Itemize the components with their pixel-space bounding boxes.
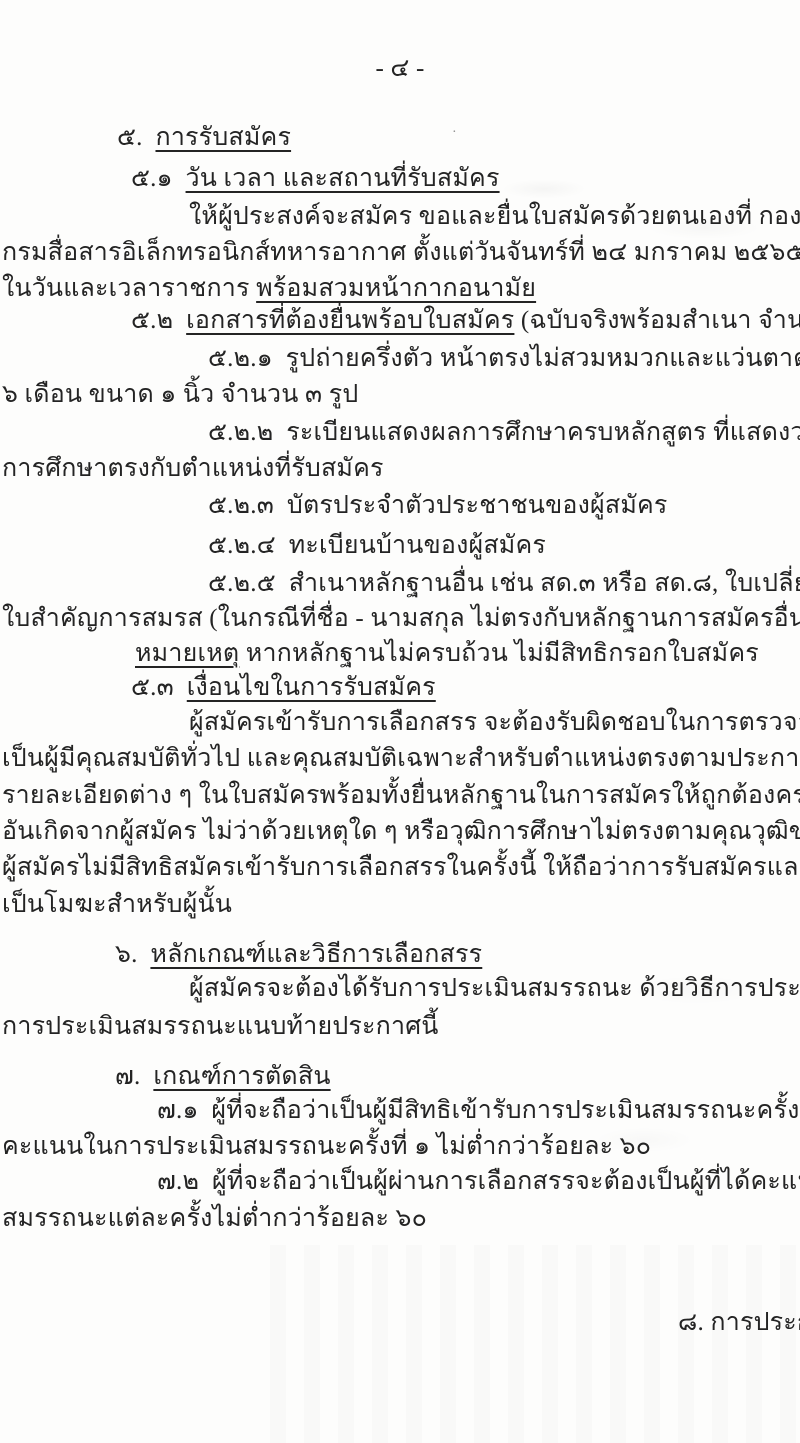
item-7-1: ๗.๑ ผู้ที่จะถือว่าเป็นผู้มีสิทธิเข้ารับก… bbox=[157, 1095, 800, 1127]
text-segment: ๕.๒.๕ สำเนาหลักฐานอื่น เช่น สด.๓ หรือ สด… bbox=[208, 570, 800, 597]
section-6-heading: ๖. หลักเกณฑ์และวิธีการเลือกสรร bbox=[115, 939, 482, 971]
continuation-marker: ๘. การประกาศ ... bbox=[678, 1307, 800, 1339]
item-5-2-3: ๕.๒.๓ บัตรประจำตัวประชาชนของผู้สมัคร bbox=[208, 490, 668, 522]
section-5-1-heading: ๕.๑ วัน เวลา และสถานที่รับสมัคร bbox=[131, 163, 500, 195]
paragraph-line: คะแนนในการประเมินสมรรถนะครั้งที่ ๑ ไม่ต่… bbox=[2, 1131, 651, 1163]
text-segment: เป็นผู้มีคุณสมบัติทั่วไป และคุณสมบัติเฉพ… bbox=[2, 745, 800, 772]
page-number: - ๔ - bbox=[0, 53, 800, 85]
note-line: หมายเหตุ หากหลักฐานไม่ครบถ้วน ไม่มีสิทธิ… bbox=[135, 638, 759, 670]
paragraph-line: การศึกษาตรงกับตำแหน่งที่รับสมัคร bbox=[2, 453, 384, 485]
text-segment: ๕. bbox=[117, 124, 155, 151]
text-segment: หากหลักฐานไม่ครบถ้วน ไม่มีสิทธิกรอกใบสมั… bbox=[239, 640, 759, 667]
paragraph-line: ใบสำคัญการสมรส (ในกรณีที่ชื่อ - นามสกุล … bbox=[2, 603, 800, 635]
text-segment: ผู้สมัครจะต้องได้รับการประเมินสมรรถนะ ด้… bbox=[189, 975, 800, 1002]
underlined-text: พร้อมสวมหน้ากากอนามัย bbox=[256, 275, 536, 302]
text-segment: (ฉบับจริงพร้อมสำเนา จำนวน ๑ ชุด) ดังนี้ bbox=[514, 307, 800, 334]
paragraph-line: ในวันและเวลาราชการ พร้อมสวมหน้ากากอนามัย bbox=[2, 273, 536, 305]
underlined-text: การรับสมัคร bbox=[155, 124, 291, 151]
text-segment: ให้ผู้ประสงค์จะสมัคร ขอและยื่นใบสมัครด้ว… bbox=[189, 203, 800, 230]
paragraph-line: อันเกิดจากผู้สมัคร ไม่ว่าด้วยเหตุใด ๆ หร… bbox=[2, 816, 800, 848]
paragraph-line: การประเมินสมรรถนะแนบท้ายประกาศนี้ bbox=[2, 1011, 439, 1043]
text-segment: ๘. การประกาศ ... bbox=[678, 1309, 800, 1336]
text-segment: ๕.๒ bbox=[131, 307, 186, 334]
document-page: · - ๔ -๕. การรับสมัคร๕.๑ วัน เวลา และสถา… bbox=[0, 0, 800, 1443]
paragraph-line: เป็นโมฆะสำหรับผู้นั้น bbox=[2, 889, 232, 921]
text-segment: การประเมินสมรรถนะแนบท้ายประกาศนี้ bbox=[2, 1013, 439, 1040]
paragraph-line: กรมสื่อสารอิเล็กทรอนิกส์ทหารอากาศ ตั้งแต… bbox=[2, 237, 800, 269]
paragraph-line: สมรรถนะแต่ละครั้งไม่ต่ำกว่าร้อยละ ๖๐ bbox=[2, 1203, 427, 1235]
paragraph-line: รายละเอียดต่าง ๆ ในใบสมัครพร้อมทั้งยื่นห… bbox=[2, 780, 800, 812]
scan-artifact-dot: · bbox=[452, 129, 459, 136]
text-segment: ๖ เดือน ขนาด ๑ นิ้ว จำนวน ๓ รูป bbox=[2, 381, 358, 408]
text-segment: - ๔ - bbox=[375, 55, 424, 82]
paragraph-line: ๖ เดือน ขนาด ๑ นิ้ว จำนวน ๓ รูป bbox=[2, 379, 358, 411]
paragraph-line: ผู้สมัครไม่มีสิทธิสมัครเข้ารับการเลือกสร… bbox=[2, 852, 800, 884]
section-5-3-heading: ๕.๓ เงื่อนไขในการรับสมัคร bbox=[131, 672, 436, 704]
underlined-text: เอกสารที่ต้องยื่นพร้อบใบสมัคร bbox=[186, 307, 514, 334]
text-segment: ๕.๓ bbox=[131, 674, 187, 701]
paragraph-line: ผู้สมัครเข้ารับการเลือกสรร จะต้องรับผิดช… bbox=[189, 707, 800, 739]
paragraph-line: เป็นผู้มีคุณสมบัติทั่วไป และคุณสมบัติเฉพ… bbox=[2, 743, 800, 775]
text-segment: ๗.๑ ผู้ที่จะถือว่าเป็นผู้มีสิทธิเข้ารับก… bbox=[157, 1097, 800, 1124]
paragraph-line: ผู้สมัครจะต้องได้รับการประเมินสมรรถนะ ด้… bbox=[189, 973, 800, 1005]
text-segment: สมรรถนะแต่ละครั้งไม่ต่ำกว่าร้อยละ ๖๐ bbox=[2, 1205, 427, 1232]
text-segment: รายละเอียดต่าง ๆ ในใบสมัครพร้อมทั้งยื่นห… bbox=[2, 782, 800, 809]
item-5-2-4: ๕.๒.๔ ทะเบียนบ้านของผู้สมัคร bbox=[208, 530, 546, 562]
scan-texture bbox=[270, 1245, 800, 1443]
underlined-text: หมายเหตุ bbox=[135, 640, 239, 667]
underlined-text: หลักเกณฑ์และวิธีการเลือกสรร bbox=[150, 941, 482, 968]
text-segment: ๗. bbox=[115, 1063, 153, 1090]
text-segment: ๖. bbox=[115, 941, 150, 968]
text-segment: กรมสื่อสารอิเล็กทรอนิกส์ทหารอากาศ ตั้งแต… bbox=[2, 239, 800, 266]
text-segment: ๗.๒ ผู้ที่จะถือว่าเป็นผู้ผ่านการเลือกสรร… bbox=[157, 1168, 800, 1195]
text-segment: ผู้สมัครเข้ารับการเลือกสรร จะต้องรับผิดช… bbox=[189, 709, 800, 736]
text-segment: ใบสำคัญการสมรส (ในกรณีที่ชื่อ - นามสกุล … bbox=[2, 605, 800, 632]
underlined-text: วัน เวลา และสถานที่รับสมัคร bbox=[186, 165, 500, 192]
text-segment: การศึกษาตรงกับตำแหน่งที่รับสมัคร bbox=[2, 455, 384, 482]
item-5-2-1: ๕.๒.๑ รูปถ่ายครึ่งตัว หน้าตรงไม่สวมหมวกแ… bbox=[208, 343, 800, 375]
text-segment: อันเกิดจากผู้สมัคร ไม่ว่าด้วยเหตุใด ๆ หร… bbox=[2, 818, 800, 845]
paragraph-line: ให้ผู้ประสงค์จะสมัคร ขอและยื่นใบสมัครด้ว… bbox=[189, 201, 800, 233]
underlined-text: เงื่อนไขในการรับสมัคร bbox=[187, 674, 436, 701]
item-5-2-2: ๕.๒.๒ ระเบียนแสดงผลการศึกษาครบหลักสูตร ท… bbox=[208, 417, 800, 449]
text-segment: ๕.๑ bbox=[131, 165, 186, 192]
text-segment: ๕.๒.๒ ระเบียนแสดงผลการศึกษาครบหลักสูตร ท… bbox=[208, 419, 800, 446]
text-segment: เป็นโมฆะสำหรับผู้นั้น bbox=[2, 891, 232, 918]
item-5-2-5: ๕.๒.๕ สำเนาหลักฐานอื่น เช่น สด.๓ หรือ สด… bbox=[208, 568, 800, 600]
section-7-heading: ๗. เกณฑ์การตัดสิน bbox=[115, 1061, 331, 1093]
text-segment: ๕.๒.๔ ทะเบียนบ้านของผู้สมัคร bbox=[208, 532, 546, 559]
section-5-2-heading: ๕.๒ เอกสารที่ต้องยื่นพร้อบใบสมัคร (ฉบับจ… bbox=[131, 305, 800, 337]
underlined-text: เกณฑ์การตัดสิน bbox=[153, 1063, 330, 1090]
text-segment: ๕.๒.๑ รูปถ่ายครึ่งตัว หน้าตรงไม่สวมหมวกแ… bbox=[208, 345, 800, 372]
text-segment: ผู้สมัครไม่มีสิทธิสมัครเข้ารับการเลือกสร… bbox=[2, 854, 800, 881]
section-5-heading: ๕. การรับสมัคร bbox=[117, 122, 291, 154]
text-segment: ในวันและเวลาราชการ bbox=[2, 275, 256, 302]
text-segment: ๕.๒.๓ บัตรประจำตัวประชาชนของผู้สมัคร bbox=[208, 492, 668, 519]
item-7-2: ๗.๒ ผู้ที่จะถือว่าเป็นผู้ผ่านการเลือกสรร… bbox=[157, 1166, 800, 1198]
text-segment: คะแนนในการประเมินสมรรถนะครั้งที่ ๑ ไม่ต่… bbox=[2, 1133, 651, 1160]
